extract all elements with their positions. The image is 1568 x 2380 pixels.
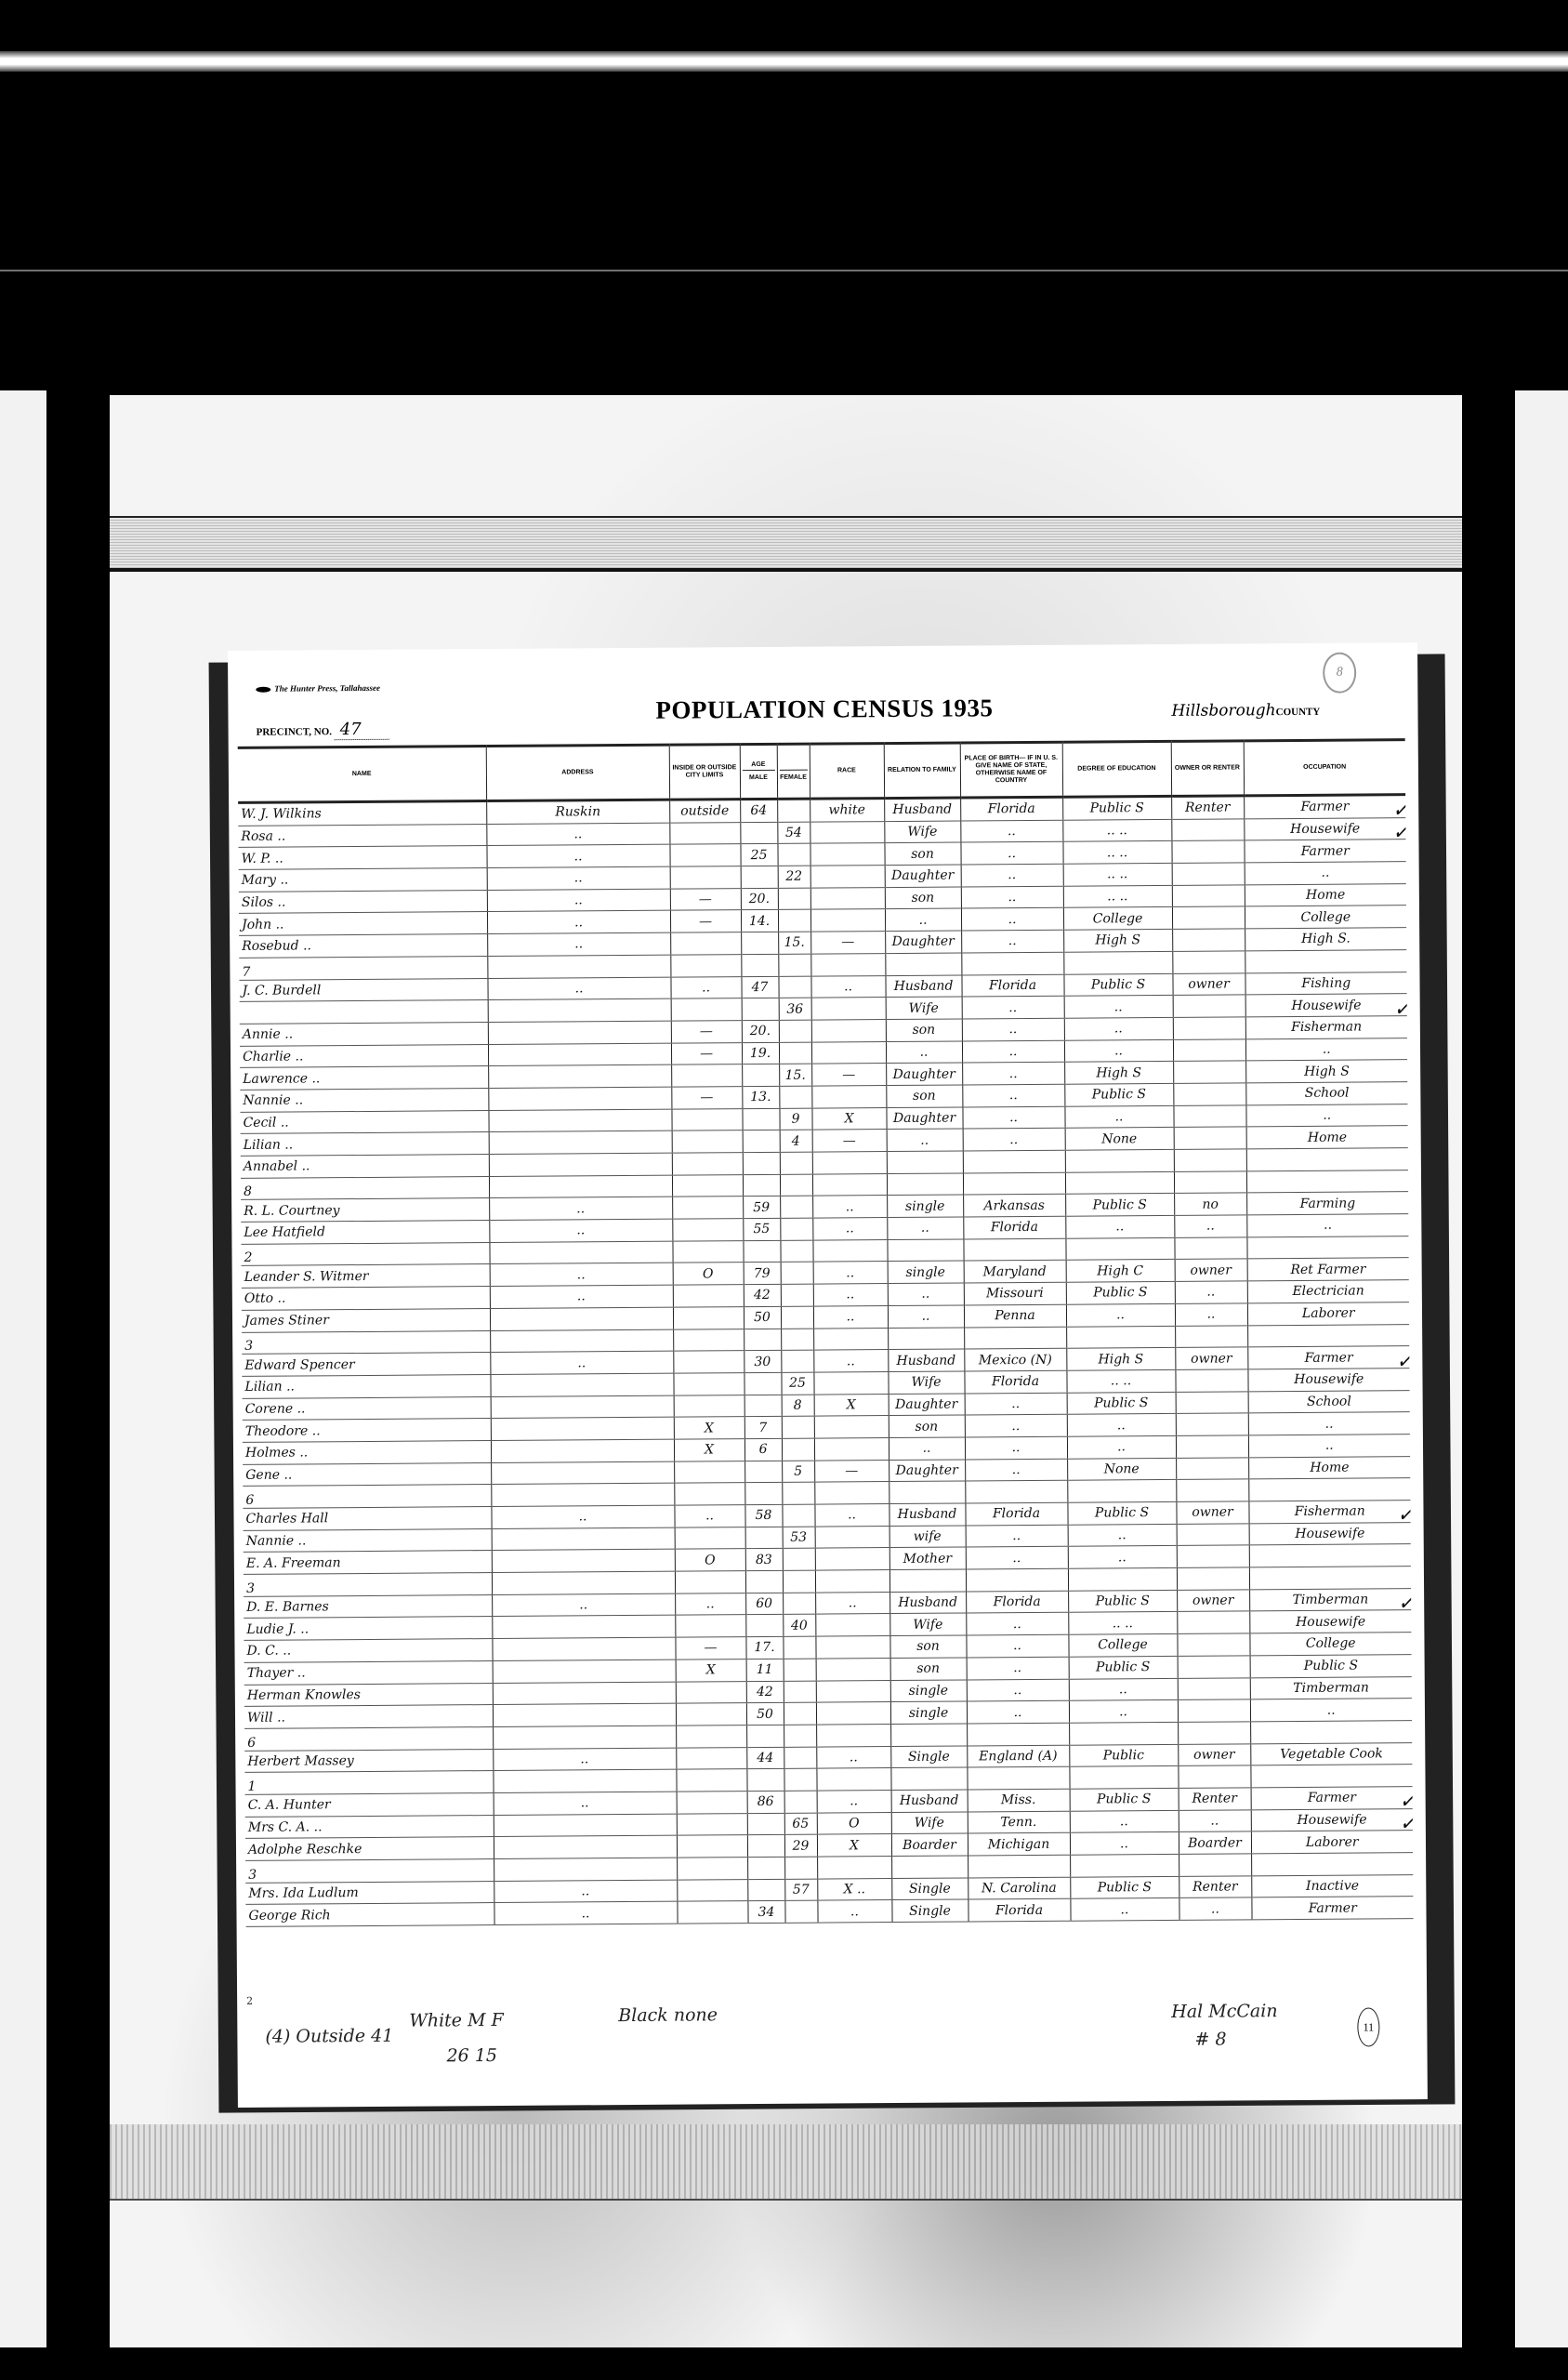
cell-occupation: Laborer — [1247, 1302, 1409, 1325]
cell-birthplace: Mexico (N) — [964, 1348, 1066, 1370]
cell-address: .. — [493, 1748, 676, 1771]
cell-race: .. — [814, 1504, 889, 1527]
cell-name: 6 — [244, 1726, 493, 1751]
cell-occupation: Inactive — [1251, 1874, 1413, 1897]
cell-age-female — [781, 1263, 813, 1285]
cell-relation: son — [889, 1635, 966, 1658]
cell-age-male: 25 — [740, 844, 777, 866]
col-age-female: Female — [777, 744, 810, 799]
cell-name: Rosebud .. — [239, 934, 487, 959]
cell-race: — — [814, 1460, 889, 1482]
cell-address: .. — [487, 977, 670, 1000]
cell-relation: .. — [887, 1129, 963, 1151]
cell-age-male: 83 — [745, 1549, 783, 1571]
cell-age-female: 36 — [779, 998, 811, 1020]
cell-name: Adolphe Reschke — [245, 1837, 494, 1861]
cell-city-limits: — — [671, 1087, 742, 1109]
cell-relation: single — [887, 1195, 963, 1217]
cell-name: Nannie .. — [244, 1528, 492, 1553]
cell-age-male: 34 — [747, 1901, 784, 1924]
cell-city-limits: X — [676, 1659, 746, 1681]
cell-age-female: 40 — [783, 1615, 815, 1637]
cell-city-limits — [672, 1130, 743, 1153]
cell-age-male: 42 — [744, 1284, 781, 1306]
cell-occupation: Home — [1248, 1456, 1410, 1479]
cell-address — [491, 1417, 674, 1440]
occupation-text: Farmer — [1305, 1350, 1353, 1365]
cell-race — [810, 909, 885, 932]
cell-city-limits: .. — [670, 976, 741, 998]
cell-age-female — [782, 1482, 814, 1504]
footer-household-number: 2 — [246, 1995, 253, 2007]
cell-birthplace: .. — [961, 908, 1063, 931]
cell-race — [815, 1570, 889, 1593]
cell-relation: wife — [889, 1526, 966, 1548]
cell-birthplace — [963, 1238, 1065, 1261]
cell-age-female: 25 — [781, 1372, 813, 1395]
cell-age-male: 64 — [740, 799, 777, 822]
col-education: Degree of Education — [1062, 741, 1171, 797]
cell-birthplace: Florida — [966, 1591, 1068, 1613]
cell-occupation: .. — [1248, 1412, 1410, 1435]
cell-education: .. — [1067, 1435, 1176, 1459]
cell-race: .. — [812, 1218, 887, 1240]
cell-race: X — [811, 1107, 886, 1130]
cell-age-male: 14. — [741, 910, 778, 932]
cell-education: .. — [1069, 1678, 1178, 1701]
cell-relation: Single — [891, 1899, 968, 1922]
cell-race — [816, 1768, 890, 1791]
col-age-male: AgeMale — [740, 744, 777, 799]
cell-age-female — [784, 1791, 817, 1813]
cell-occupation — [1246, 1170, 1408, 1193]
cell-age-male — [742, 998, 779, 1021]
cell-city-limits: .. — [675, 1593, 745, 1615]
cell-name: Lee Hatfield — [241, 1221, 489, 1245]
cell-education — [1069, 1722, 1178, 1745]
cell-address: .. — [489, 1197, 672, 1221]
cell-race — [817, 1857, 891, 1879]
cell-education — [1067, 1480, 1176, 1503]
cell-owner-renter — [1172, 863, 1245, 885]
cell-birthplace: Florida — [961, 974, 1063, 997]
cell-age-female — [781, 1329, 813, 1351]
cell-birthplace: .. — [965, 1436, 1067, 1459]
cell-education — [1070, 1854, 1179, 1877]
cell-age-male: 7 — [744, 1417, 782, 1439]
cell-age-female: 22 — [778, 866, 810, 888]
cell-birthplace: .. — [965, 1414, 1067, 1436]
occupation-text: Farmer — [1300, 800, 1349, 814]
cell-owner-renter — [1174, 1149, 1246, 1171]
cell-relation: Daughter — [886, 1063, 962, 1085]
cell-race — [816, 1702, 890, 1725]
cell-birthplace: Arkansas — [963, 1195, 1065, 1217]
occupation-text: Housewife — [1291, 998, 1361, 1013]
cell-city-limits — [669, 822, 740, 844]
cell-age-male — [745, 1527, 783, 1549]
cell-address: .. — [487, 866, 670, 890]
col-name: Name — [238, 747, 486, 803]
cell-occupation: Electrician — [1247, 1280, 1409, 1303]
cell-education: Public S — [1065, 1194, 1174, 1217]
cell-address — [489, 1153, 672, 1176]
cell-race: .. — [817, 1790, 891, 1812]
cell-relation: Husband — [884, 798, 960, 821]
cell-age-male — [744, 1372, 781, 1395]
cell-birthplace — [967, 1766, 1069, 1789]
cell-occupation: College — [1245, 906, 1406, 929]
cell-education: None — [1065, 1128, 1174, 1151]
cell-occupation: Laborer — [1251, 1831, 1413, 1854]
cell-birthplace — [963, 1172, 1065, 1195]
cell-age-male — [743, 1240, 780, 1263]
cell-city-limits: — — [670, 888, 741, 910]
cell-name: Otto .. — [242, 1287, 490, 1311]
cell-education: Public S — [1064, 1083, 1173, 1106]
cell-birthplace: .. — [967, 1700, 1069, 1723]
cell-education — [1065, 1237, 1174, 1261]
cell-relation — [887, 1173, 963, 1196]
cell-age-female — [779, 1042, 811, 1064]
cell-birthplace: .. — [962, 1106, 1064, 1129]
cell-name — [240, 1000, 488, 1025]
checkmark-icon: ✓ — [1396, 1350, 1410, 1369]
cell-address: .. — [487, 911, 670, 934]
cell-race — [815, 1548, 889, 1570]
cell-age-female — [782, 1504, 814, 1527]
cell-race: .. — [813, 1284, 888, 1306]
cell-owner-renter: .. — [1179, 1897, 1251, 1920]
cell-owner-renter — [1172, 885, 1245, 907]
cell-birthplace — [967, 1723, 1069, 1745]
cell-occupation: Vegetable Cook — [1250, 1742, 1412, 1765]
sheet-footer: 2 (4) Outside 41 White M F 26 15 Black n… — [246, 1990, 1409, 2082]
sheet-number: 11 — [1357, 2007, 1379, 2046]
cell-age-female: 15. — [778, 932, 810, 954]
cell-occupation: Housewife✓ — [1251, 1808, 1413, 1831]
cell-age-male — [744, 1461, 782, 1483]
cell-birthplace: Missouri — [964, 1282, 1066, 1304]
board-plank-bottom — [110, 2124, 1462, 2201]
col-address: Address — [486, 745, 669, 800]
checkmark-icon: ✓ — [1392, 799, 1406, 818]
cell-education: High S — [1066, 1348, 1175, 1371]
cell-birthplace: England (A) — [967, 1745, 1069, 1767]
cell-age-male: 20. — [742, 1020, 779, 1042]
cell-relation: .. — [888, 1283, 964, 1305]
cell-education: .. — [1068, 1546, 1177, 1569]
cell-address — [490, 1307, 673, 1330]
cell-relation: Wife — [888, 1371, 964, 1394]
cell-address: .. — [487, 889, 670, 912]
cell-age-male — [747, 1813, 784, 1835]
cell-city-limits: — — [670, 910, 741, 932]
cell-owner-renter: owner — [1178, 1743, 1250, 1765]
checkmark-icon: ✓ — [1398, 1592, 1412, 1611]
cell-occupation: Fisherman✓ — [1248, 1501, 1410, 1524]
cell-race — [811, 1086, 886, 1108]
cell-occupation: School — [1248, 1390, 1410, 1413]
cell-age-female — [784, 1747, 816, 1769]
cell-age-female: 57 — [784, 1879, 817, 1901]
cell-name: 6 — [243, 1485, 491, 1509]
cell-education: College — [1068, 1634, 1177, 1658]
cell-owner-renter — [1172, 906, 1245, 929]
cell-age-female: 9 — [779, 1108, 811, 1130]
cell-name: James Stiner — [242, 1308, 490, 1332]
cell-education: College — [1063, 907, 1172, 931]
cell-race — [814, 1416, 889, 1438]
cell-race — [815, 1614, 889, 1636]
cell-race: white — [810, 799, 884, 822]
precinct-field: PRECINCT, NO. 47 — [257, 720, 389, 740]
cell-education: .. — [1065, 1215, 1174, 1238]
film-bottom-strip — [0, 2347, 1568, 2380]
cell-city-limits — [672, 1174, 743, 1197]
cell-name: Gene .. — [243, 1462, 491, 1487]
cell-owner-renter: Boarder — [1179, 1831, 1251, 1854]
cell-city-limits — [677, 1858, 747, 1880]
cell-age-female — [781, 1350, 813, 1372]
cell-birthplace: .. — [960, 842, 1062, 865]
cell-age-male: 55 — [743, 1218, 780, 1240]
cell-name: E. A. Freeman — [244, 1551, 492, 1575]
cell-relation: son — [885, 887, 961, 909]
cell-name: Leander S. Witmer — [242, 1264, 490, 1289]
cell-owner-renter — [1178, 1722, 1250, 1744]
occupation-text: Housewife — [1290, 822, 1360, 838]
cell-occupation: Home — [1245, 883, 1406, 906]
cell-age-female — [780, 1152, 812, 1174]
left-adjacent-frame — [0, 390, 46, 2352]
occupation-text: Housewife — [1297, 1812, 1366, 1828]
cell-age-female: 4 — [780, 1130, 812, 1152]
cell-age-male: 59 — [743, 1197, 780, 1219]
cell-birthplace: .. — [961, 864, 1063, 886]
cell-occupation: Housewife — [1247, 1368, 1409, 1392]
cell-age-male: 86 — [747, 1791, 784, 1813]
cell-address — [494, 1814, 677, 1837]
cell-owner-renter — [1173, 1038, 1245, 1061]
cell-age-male — [744, 1483, 782, 1505]
cell-address: .. — [490, 1263, 673, 1287]
cell-occupation: .. — [1245, 862, 1406, 885]
table-header: Name Address Inside or Outside City Limi… — [238, 740, 1405, 803]
cell-birthplace: .. — [967, 1679, 1069, 1701]
cell-address — [491, 1395, 674, 1419]
cell-age-male — [743, 1152, 780, 1174]
cell-age-female — [784, 1702, 816, 1725]
cell-occupation: .. — [1246, 1214, 1408, 1237]
cell-relation: Husband — [891, 1790, 968, 1812]
cell-age-male: 50 — [746, 1703, 784, 1725]
cell-relation: .. — [888, 1305, 964, 1328]
cell-race — [814, 1437, 889, 1460]
cell-city-limits — [677, 1901, 747, 1924]
cell-owner-renter — [1171, 840, 1244, 863]
cell-birthplace: .. — [961, 886, 1063, 908]
cell-race — [810, 821, 884, 843]
cell-race: .. — [812, 1196, 887, 1218]
cell-occupation: College — [1249, 1633, 1411, 1656]
cell-education: Public S — [1067, 1392, 1176, 1415]
cell-birthplace: .. — [961, 930, 1063, 952]
cell-name: Holmes .. — [243, 1440, 491, 1464]
film-scan-line — [0, 270, 1568, 271]
cell-relation: son — [886, 1085, 962, 1107]
cell-owner-renter: owner — [1175, 1259, 1247, 1281]
cell-city-limits — [673, 1306, 744, 1329]
cell-birthplace: Florida — [963, 1216, 1065, 1238]
cell-race — [810, 843, 884, 866]
cell-education: .. .. — [1068, 1612, 1177, 1635]
cell-education: Public S — [1070, 1788, 1179, 1811]
cell-address — [494, 1858, 677, 1881]
cell-name: Silos .. — [239, 890, 487, 914]
cell-occupation: School — [1245, 1082, 1407, 1105]
county-field: HillsboroughCOUNTY — [1171, 701, 1320, 721]
cell-relation: son — [886, 1019, 962, 1041]
cell-age-male — [743, 1130, 780, 1153]
cell-age-female — [778, 910, 810, 932]
cell-age-female — [779, 1020, 811, 1042]
cell-city-limits — [672, 1219, 743, 1241]
cell-race: .. — [813, 1350, 888, 1372]
cell-relation: Single — [890, 1746, 967, 1768]
cell-owner-renter — [1173, 1083, 1245, 1105]
enumerator-number: # 8 — [1194, 2030, 1226, 2050]
cell-education: High S — [1063, 930, 1172, 953]
cell-name: Lawrence .. — [240, 1066, 488, 1091]
cell-age-male: 13. — [742, 1086, 779, 1108]
cell-age-female — [777, 844, 810, 866]
cell-education: Public S — [1066, 1282, 1175, 1305]
cell-age-female — [784, 1857, 817, 1879]
cell-address: .. — [490, 1351, 673, 1374]
cell-address — [488, 998, 671, 1022]
cell-education: .. — [1064, 996, 1173, 1019]
cell-birthplace: .. — [960, 820, 1062, 842]
cell-city-limits — [676, 1769, 746, 1792]
cell-name: Nannie .. — [240, 1088, 488, 1112]
cell-address — [492, 1616, 675, 1639]
cell-owner-renter — [1178, 1699, 1250, 1722]
cell-education: High S — [1064, 1062, 1173, 1085]
cell-owner-renter — [1175, 1369, 1247, 1392]
cell-owner-renter: .. — [1175, 1281, 1247, 1303]
cell-name: 2 — [241, 1242, 489, 1266]
cell-age-female: 5 — [782, 1461, 814, 1483]
cell-occupation: Housewife — [1249, 1522, 1411, 1545]
cell-age-male — [741, 932, 778, 954]
cell-owner-renter — [1173, 1104, 1245, 1127]
cell-city-limits: — — [675, 1637, 745, 1659]
cell-occupation — [1250, 1765, 1412, 1788]
cell-race: .. — [813, 1262, 888, 1284]
cell-birthplace — [961, 952, 1063, 974]
cell-name: Theodore .. — [243, 1419, 491, 1443]
cell-relation: single — [890, 1701, 967, 1724]
cell-address — [490, 1373, 673, 1396]
cell-address — [491, 1439, 674, 1462]
cell-owner-renter — [1178, 1656, 1250, 1678]
cell-age-female — [783, 1548, 815, 1570]
cell-age-male — [745, 1570, 783, 1593]
cell-address — [491, 1461, 674, 1485]
cell-occupation: Farmer✓ — [1244, 795, 1405, 819]
cell-age-female — [777, 799, 810, 822]
cell-address — [488, 1087, 671, 1110]
cell-occupation — [1246, 1148, 1408, 1171]
cell-name: Will .. — [244, 1705, 493, 1729]
cell-owner-renter — [1177, 1524, 1249, 1546]
cell-city-limits — [677, 1835, 747, 1858]
cell-birthplace: .. — [965, 1459, 1067, 1481]
cell-age-female — [781, 1284, 813, 1306]
cell-age-male: 60 — [745, 1593, 783, 1615]
cell-birthplace — [965, 1481, 1067, 1503]
occupation-text: Fisherman — [1295, 1504, 1365, 1520]
cell-race — [815, 1526, 889, 1548]
cell-occupation: Housewife — [1249, 1610, 1411, 1633]
cell-race: — — [812, 1130, 887, 1152]
cell-city-limits — [676, 1703, 746, 1725]
cell-city-limits — [676, 1681, 746, 1703]
cell-age-male: 44 — [746, 1747, 784, 1769]
cell-owner-renter: Renter — [1179, 1876, 1251, 1898]
cell-education — [1066, 1326, 1175, 1349]
cell-occupation: High S — [1245, 1060, 1407, 1083]
white-counts: 26 15 — [446, 2045, 497, 2066]
cell-relation: single — [890, 1679, 967, 1701]
cell-owner-renter — [1176, 1479, 1248, 1501]
cell-age-male: 42 — [746, 1681, 784, 1703]
cell-relation: Husband — [889, 1592, 966, 1614]
cell-address — [493, 1703, 676, 1726]
cell-age-male: 79 — [744, 1263, 781, 1285]
cell-owner-renter: .. — [1179, 1809, 1251, 1831]
cell-race: .. — [816, 1746, 890, 1768]
cell-city-limits — [673, 1351, 744, 1373]
cell-address — [488, 1064, 671, 1088]
cell-relation: Single — [891, 1878, 968, 1900]
cell-education: .. — [1066, 1303, 1175, 1327]
cell-age-male: 30 — [744, 1351, 781, 1373]
cell-owner-renter — [1173, 1061, 1245, 1083]
cell-race: X — [814, 1394, 889, 1416]
cell-city-limits: O — [675, 1549, 745, 1571]
occupation-text: Timberman — [1293, 1593, 1369, 1608]
cell-age-female — [783, 1636, 815, 1659]
cell-relation: Wife — [891, 1812, 968, 1834]
cell-owner-renter — [1174, 1127, 1246, 1149]
cell-city-limits — [669, 844, 740, 866]
cell-owner-renter — [1174, 1171, 1246, 1194]
cell-city-limits — [677, 1792, 747, 1814]
cell-relation: .. — [889, 1437, 965, 1460]
cell-race — [811, 998, 886, 1020]
film-top-strip — [0, 51, 1568, 72]
cell-address: .. — [486, 845, 669, 868]
white-label: White M F — [409, 2010, 504, 2031]
cell-race — [812, 1239, 887, 1262]
page-mark: 8 — [1323, 653, 1356, 694]
cell-race — [814, 1482, 889, 1504]
cell-relation — [889, 1481, 965, 1503]
cell-occupation — [1249, 1544, 1411, 1567]
cell-occupation: Timberman✓ — [1249, 1588, 1411, 1611]
